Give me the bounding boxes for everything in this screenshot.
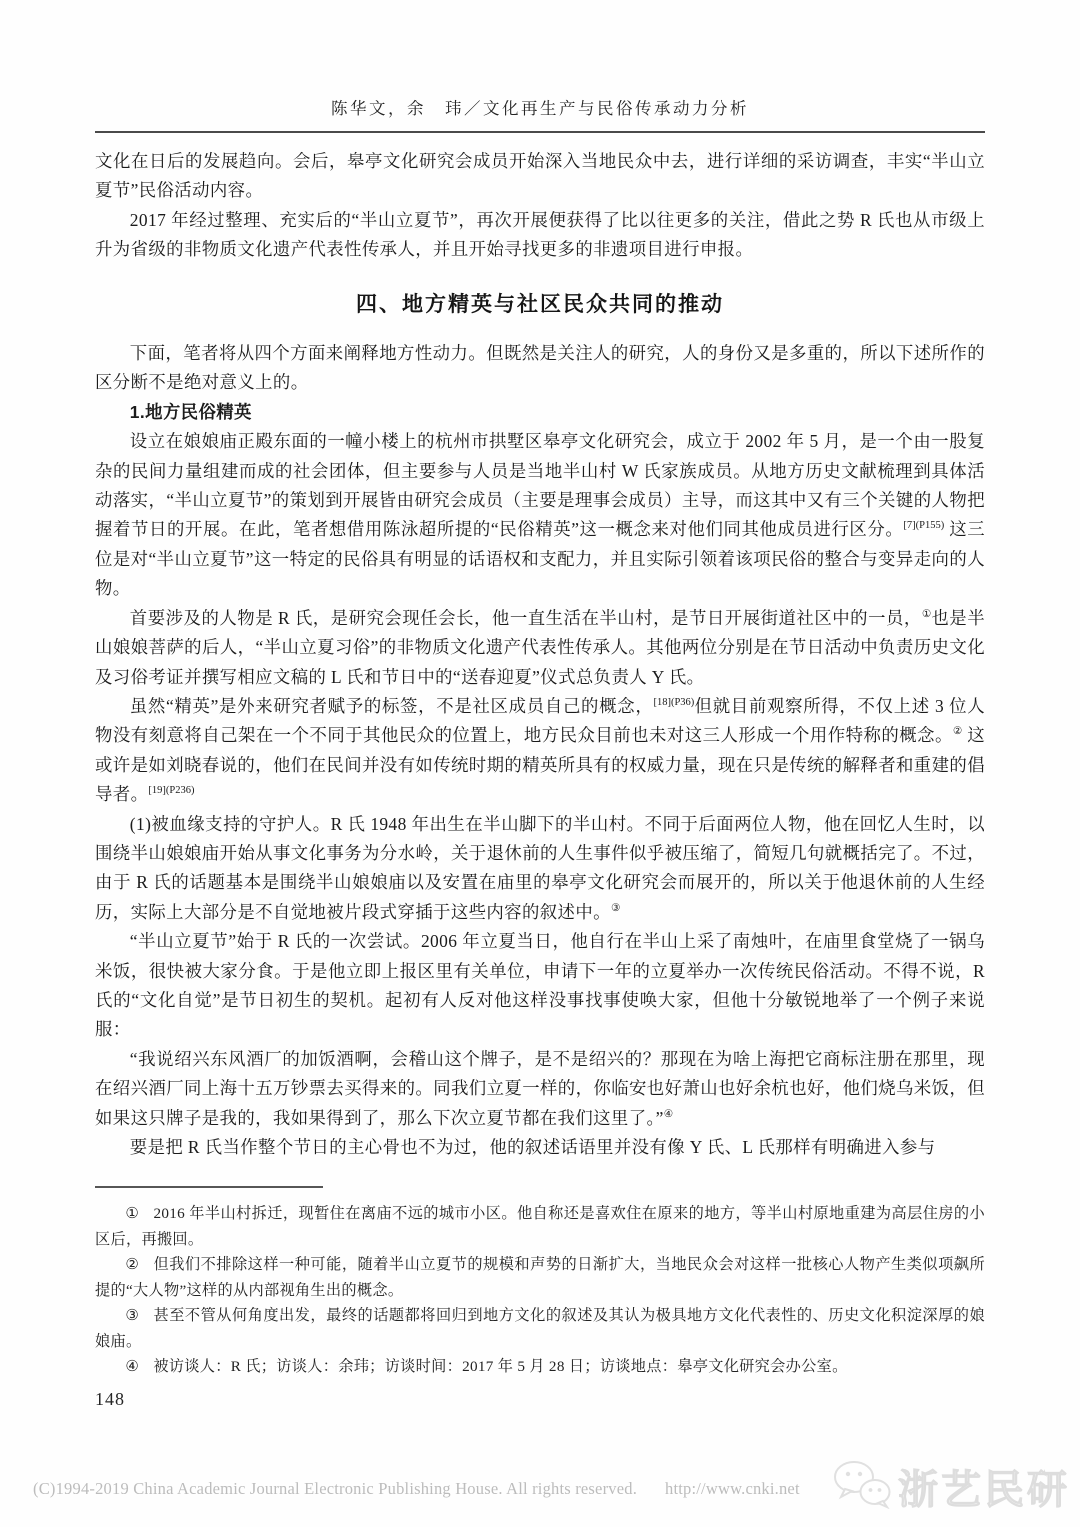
paragraph: “半山立夏节”始于 R 氏的一次尝试。2006 年立夏当日，他自行在半山上采了南…: [95, 927, 985, 1045]
subsection-heading: 1.地方民俗精英: [95, 398, 985, 427]
page-number: 148: [95, 1389, 985, 1410]
quote-paragraph: “我说绍兴东风酒厂的加饭酒啊，会稽山这个牌子，是不是绍兴的？那现在为啥上海把它商…: [95, 1045, 985, 1133]
text-run: 首要涉及的人物是 R 氏，是研究会现任会长，他一直生活在半山村，是节日开展街道社…: [130, 608, 922, 628]
footer: (C)1994-2019 China Academic Journal Elec…: [33, 1479, 800, 1499]
article-body: 文化在日后的发展趋向。会后，皋亭文化研究会成员开始深入当地民众中去，进行详细的采…: [95, 147, 985, 1162]
text-run: 要是把 R 氏当作整个节日的主心骨也不为过，他的叙述话语里并没有像 Y 氏、L …: [130, 1137, 936, 1157]
footnote-marker: ③: [125, 1307, 139, 1324]
journal-page: 陈华文，余 玮／文化再生产与民俗传承动力分析 文化在日后的发展趋向。会后，皋亭文…: [0, 0, 1080, 1527]
text-run: 设立在娘娘庙正殿东面的一幢小楼上的杭州市拱墅区皋亭文化研究会，成立于 2002 …: [95, 431, 985, 539]
text-run: 下面，笔者将从四个方面来阐释地方性动力。但既然是关注人的研究，人的身份又是多重的…: [95, 343, 985, 392]
paragraph-continuation: 文化在日后的发展趋向。会后，皋亭文化研究会成员开始深入当地民众中去，进行详细的采…: [95, 147, 985, 206]
footnote: ②但我们不排除这样一种可能，随着半山立夏节的规模和声势的日渐扩大，当地民众会对这…: [95, 1252, 985, 1303]
footnote-marker: ②: [125, 1256, 139, 1273]
header-rule: [95, 131, 985, 133]
citation-superscript: [18](P36): [653, 697, 694, 708]
paragraph: 虽然“精英”是外来研究者赋予的标签，不是社区成员自己的概念，[18](P36)但…: [95, 692, 985, 810]
paragraph: 设立在娘娘庙正殿东面的一幢小楼上的杭州市拱墅区皋亭文化研究会，成立于 2002 …: [95, 427, 985, 603]
text-run: 虽然“精英”是外来研究者赋予的标签，不是社区成员自己的概念，: [130, 696, 654, 716]
footnote-text: 被访谈人：R 氏；访谈人：余玮；访谈时间：2017 年 5 月 28 日；访谈地…: [153, 1358, 847, 1375]
text-run: “半山立夏节”始于 R 氏的一次尝试。2006 年立夏当日，他自行在半山上采了南…: [95, 931, 985, 1039]
text-run: 四、地方精英与社区民众共同的推动: [356, 293, 724, 316]
footer-url: http://www.cnki.net: [665, 1479, 800, 1498]
paragraph: (1)被血缘支持的守护人。R 氏 1948 年出生在半山脚下的半山村。不同于后面…: [95, 810, 985, 928]
footnote-block: ①2016 年半山村拆迁，现暂住在离庙不远的城市小区。他自称还是喜欢住在原来的地…: [95, 1186, 985, 1410]
text-run: (1)被血缘支持的守护人。R 氏 1948 年出生在半山脚下的半山村。不同于后面…: [95, 814, 985, 922]
footnote-text: 甚至不管从何角度出发，最终的话题都将回归到地方文化的叙述及其认为极具地方文化代表…: [95, 1307, 985, 1350]
footnotes: ①2016 年半山村拆迁，现暂住在离庙不远的城市小区。他自称还是喜欢住在原来的地…: [95, 1201, 985, 1380]
footnote-rule: [95, 1186, 323, 1188]
paragraph: 首要涉及的人物是 R 氏，是研究会现任会长，他一直生活在半山村，是节日开展街道社…: [95, 604, 985, 692]
citation-superscript: ①: [922, 609, 932, 620]
citation-superscript: [19](P236): [148, 785, 194, 796]
paragraph: 要是把 R 氏当作整个节日的主心骨也不为过，他的叙述话语里并没有像 Y 氏、L …: [95, 1133, 985, 1162]
text-run: 文化在日后的发展趋向。会后，皋亭文化研究会成员开始深入当地民众中去，进行详细的采…: [95, 151, 985, 200]
section-heading: 四、地方精英与社区民众共同的推动: [95, 290, 985, 319]
wechat-icon: [831, 1459, 893, 1514]
citation-superscript: ④: [664, 1109, 673, 1120]
citation-superscript: [7](P155): [903, 521, 944, 532]
watermark: 浙艺民研: [831, 1458, 1070, 1515]
footnote: ①2016 年半山村拆迁，现暂住在离庙不远的城市小区。他自称还是喜欢住在原来的地…: [95, 1201, 985, 1252]
text-run: 2017 年经过整理、充实后的“半山立夏节”，再次开展便获得了比以往更多的关注，…: [95, 210, 985, 259]
running-header: 陈华文，余 玮／文化再生产与民俗传承动力分析: [0, 95, 1080, 119]
copyright-text: (C)1994-2019 China Academic Journal Elec…: [33, 1479, 637, 1498]
text-run: “我说绍兴东风酒厂的加饭酒啊，会稽山这个牌子，是不是绍兴的？那现在为啥上海把它商…: [95, 1049, 985, 1128]
footnote: ③甚至不管从何角度出发，最终的话题都将回归到地方文化的叙述及其认为极具地方文化代…: [95, 1303, 985, 1354]
paragraph: 下面，笔者将从四个方面来阐释地方性动力。但既然是关注人的研究，人的身份又是多重的…: [95, 339, 985, 398]
footnote: ④被访谈人：R 氏；访谈人：余玮；访谈时间：2017 年 5 月 28 日；访谈…: [95, 1354, 985, 1380]
citation-superscript: ②: [953, 727, 963, 738]
footnote-marker: ①: [125, 1205, 139, 1222]
citation-superscript: ③: [611, 903, 620, 914]
watermark-text: 浙艺民研: [898, 1458, 1070, 1515]
footnote-marker: ④: [125, 1358, 139, 1375]
paragraph: 2017 年经过整理、充实后的“半山立夏节”，再次开展便获得了比以往更多的关注，…: [95, 206, 985, 265]
footnote-text: 但我们不排除这样一种可能，随着半山立夏节的规模和声势的日渐扩大，当地民众会对这样…: [95, 1256, 985, 1299]
footnote-text: 2016 年半山村拆迁，现暂住在离庙不远的城市小区。他自称还是喜欢住在原来的地方…: [95, 1205, 985, 1248]
text-run: 1.地方民俗精英: [130, 402, 252, 422]
